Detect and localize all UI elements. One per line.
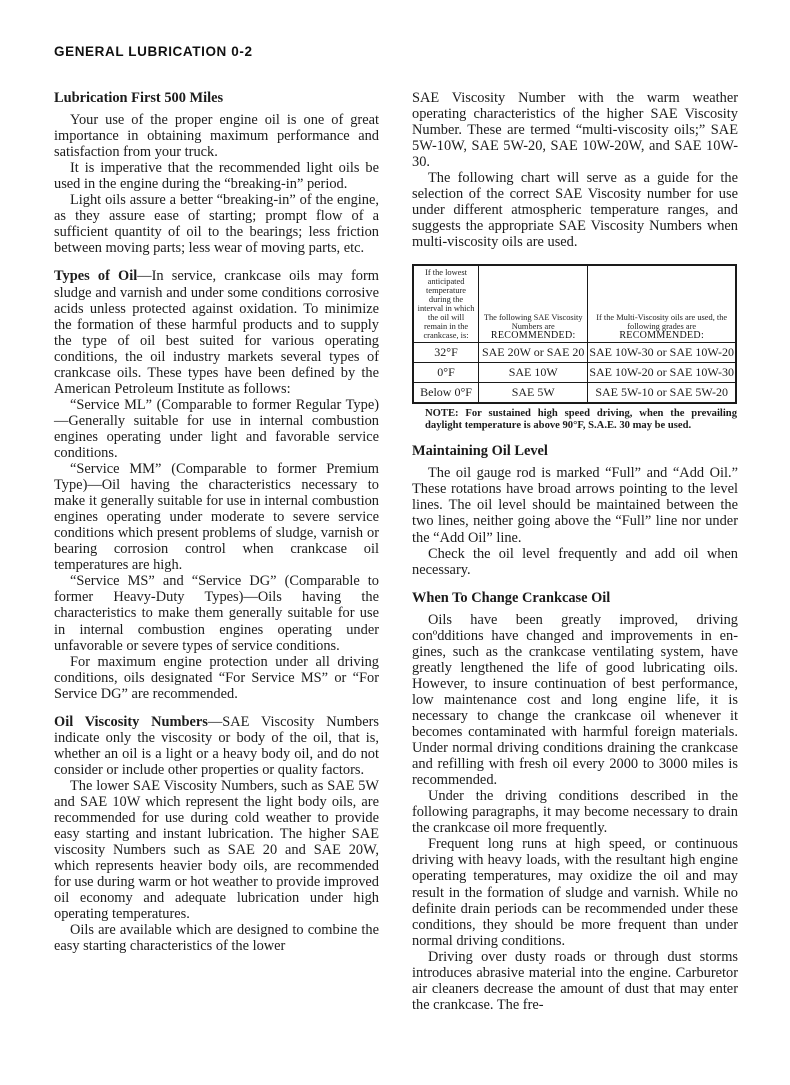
paragraph: Under the driving conditions described i… [412, 788, 738, 836]
left-column: Lubrication First 500 Miles Your use of … [54, 90, 379, 954]
cell-sae-number: SAE 5W [479, 383, 588, 404]
paragraph: Oils are available which are designed to… [54, 922, 379, 954]
paragraph: The lower SAE Viscosity Numbers, such as… [54, 778, 379, 922]
paragraph: The oil gauge rod is marked “Full” and “… [412, 465, 738, 545]
table-header-temperature: If the lowest anticipated temperature du… [413, 265, 479, 343]
cell-sae-number: SAE 20W or SAE 20 [479, 343, 588, 363]
table-row: 0°F SAE 10W SAE 10W-20 or SAE 10W-30 [413, 363, 736, 383]
header-text: If the lowest anticipated temperature du… [418, 268, 475, 340]
cell-multi-viscosity: SAE 5W-10 or SAE 5W-20 [588, 383, 736, 404]
cell-multi-viscosity: SAE 10W-20 or SAE 10W-30 [588, 363, 736, 383]
paragraph-chart-intro: The following chart will serve as a guid… [412, 170, 738, 250]
right-column: SAE Viscosity Number with the warm weath… [412, 90, 738, 1013]
header-text: The following SAE Viscosity Numbers are [484, 313, 583, 331]
runin-text: —In service, crankcase oils may form slu… [54, 268, 379, 396]
table-note: NOTE: For sustained high speed driving, … [425, 408, 737, 431]
table-header-row: If the lowest anticipated temperature du… [413, 265, 736, 343]
runin-heading-types-of-oil: Types of Oil [54, 268, 137, 284]
page-header: GENERAL LUBRICATION 0-2 [54, 44, 253, 59]
cell-sae-number: SAE 10W [479, 363, 588, 383]
paragraph: It is imperative that the recommended li… [54, 160, 379, 192]
header-text: If the Multi-Viscosity oils are used, th… [596, 313, 727, 331]
viscosity-recommendation-table: If the lowest anticipated temperature du… [412, 264, 737, 404]
paragraph: Light oils assure a better “breaking-in”… [54, 192, 379, 256]
cell-temperature: 32°F [413, 343, 479, 363]
cell-multi-viscosity: SAE 10W-30 or SAE 10W-20 [588, 343, 736, 363]
oil-viscosity-paragraph: Oil Viscosity Numbers—SAE Viscosity Numb… [54, 714, 379, 778]
paragraph-service-mm: “Service MM” (Comparable to former Premi… [54, 461, 379, 573]
paragraph: Frequent long runs at high speed, or con… [412, 836, 738, 948]
section-heading-maintaining-oil-level: Maintaining Oil Level [412, 443, 738, 459]
cell-temperature: Below 0°F [413, 383, 479, 404]
paragraph-continuation: SAE Viscosity Number with the warm weath… [412, 90, 738, 170]
section-heading-lubrication-first-500: Lubrication First 500 Miles [54, 90, 379, 106]
paragraph-service-ml: “Service ML” (Comparable to former Regul… [54, 397, 379, 461]
paragraph: Your use of the proper engine oil is one… [54, 112, 379, 160]
paragraph-service-ms-dg: “Service MS” and “Service DG” (Comparabl… [54, 573, 379, 653]
table-row: Below 0°F SAE 5W SAE 5W-10 or SAE 5W-20 [413, 383, 736, 404]
runin-heading-oil-viscosity: Oil Viscosity Numbers [54, 714, 208, 730]
table-row: 32°F SAE 20W or SAE 20 SAE 10W-30 or SAE… [413, 343, 736, 363]
paragraph: Driving over dusty roads or through dust… [412, 949, 738, 1013]
paragraph-max-protection: For maximum engine protection under all … [54, 654, 379, 702]
table-header-sae-numbers: The following SAE Viscosity Numbers are … [479, 265, 588, 343]
types-of-oil-paragraph: Types of Oil—In service, crankcase oils … [54, 268, 379, 396]
section-heading-when-to-change: When To Change Crankcase Oil [412, 590, 738, 606]
paragraph: Oils have been greatly improved, driving… [412, 612, 738, 789]
paragraph: Check the oil level frequently and add o… [412, 546, 738, 578]
header-recommended: RECOMMENDED: [590, 331, 733, 340]
cell-temperature: 0°F [413, 363, 479, 383]
table-header-multi-viscosity: If the Multi-Viscosity oils are used, th… [588, 265, 736, 343]
header-recommended: RECOMMENDED: [481, 331, 585, 340]
